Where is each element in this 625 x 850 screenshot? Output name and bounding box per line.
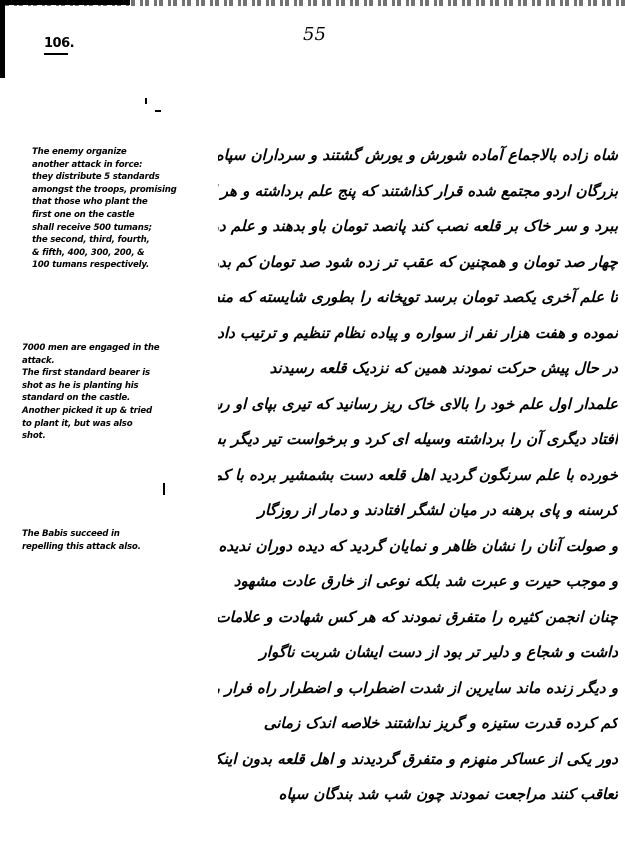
text-line: افتاد دیگری آن را برداشته وسیله ای کرد و… [218, 422, 618, 458]
folio-underline [44, 53, 68, 55]
margin-note-enemy-attack: The enemy organize another attack in for… [32, 146, 217, 272]
text-line: دور یکی از عساکر منهزم و متفرق گردیدند و… [218, 742, 618, 778]
scan-edge-left [0, 0, 5, 78]
ink-mark [155, 110, 161, 112]
text-line: ببرد و سر خاک بر قلعه نصب کند پانصد توما… [218, 209, 618, 245]
text-line: چنان انجمن کثیره را متفرق نمودند که هر ک… [218, 600, 618, 636]
text-line: خورده با علم سرنگون گردید اهل قلعه دست ب… [218, 458, 618, 494]
text-line: علمدار اول علم خود را بالای خاک ریز رسان… [218, 387, 618, 423]
text-line: نموده و هفت هزار نفر از سواره و پیاده نظ… [218, 316, 618, 352]
text-line: و موجب حیرت و عبرت شد بلکه نوعی از خارق … [218, 564, 618, 600]
text-line: در حال پیش حرکت نمودند همین که نزدیک قلع… [218, 351, 618, 387]
folio-number: 106. [44, 36, 74, 51]
margin-note-babis-succeed: The Babis succeed in repelling this atta… [22, 528, 212, 553]
text-line: تعاقب کنند مراجعت نمودند چون شب شد بندگا… [218, 777, 618, 813]
text-line: کم کرده قدرت ستیزه و گریز نداشتند خلاصه … [218, 706, 618, 742]
scan-edge-top [0, 0, 130, 5]
text-line: تا علم آخری یکصد تومان برسد توپخانه را ب… [218, 280, 618, 316]
text-line: و دیگر زنده ماند سایرین از شدت اضطراب و … [218, 671, 618, 707]
text-line: شاه زاده بالاجماع آماده شورش و یورش گشتن… [218, 138, 618, 174]
ink-mark [145, 98, 147, 104]
margin-note-men-engaged: 7000 men are engaged in the attack. The … [22, 342, 212, 443]
text-line: کرسنه و پای برهنه در میان لشگر افتادند و… [218, 493, 618, 529]
text-line: داشت و شجاع و دلیر تر بود از دست ایشان ش… [218, 635, 618, 671]
text-line: چهار صد تومان و همچنین که عقب تر زده شود… [218, 245, 618, 281]
page-number: 55 [303, 24, 326, 45]
ink-mark [163, 483, 165, 495]
persian-manuscript-text: شاه زاده بالاجماع آماده شورش و یورش گشتن… [218, 138, 618, 813]
text-line: و صولت آنان را نشان ظاهر و نمایان گردید … [218, 529, 618, 565]
text-line: بزرگان اردو مجتمع شده قرار کذاشتند که پن… [218, 174, 618, 210]
